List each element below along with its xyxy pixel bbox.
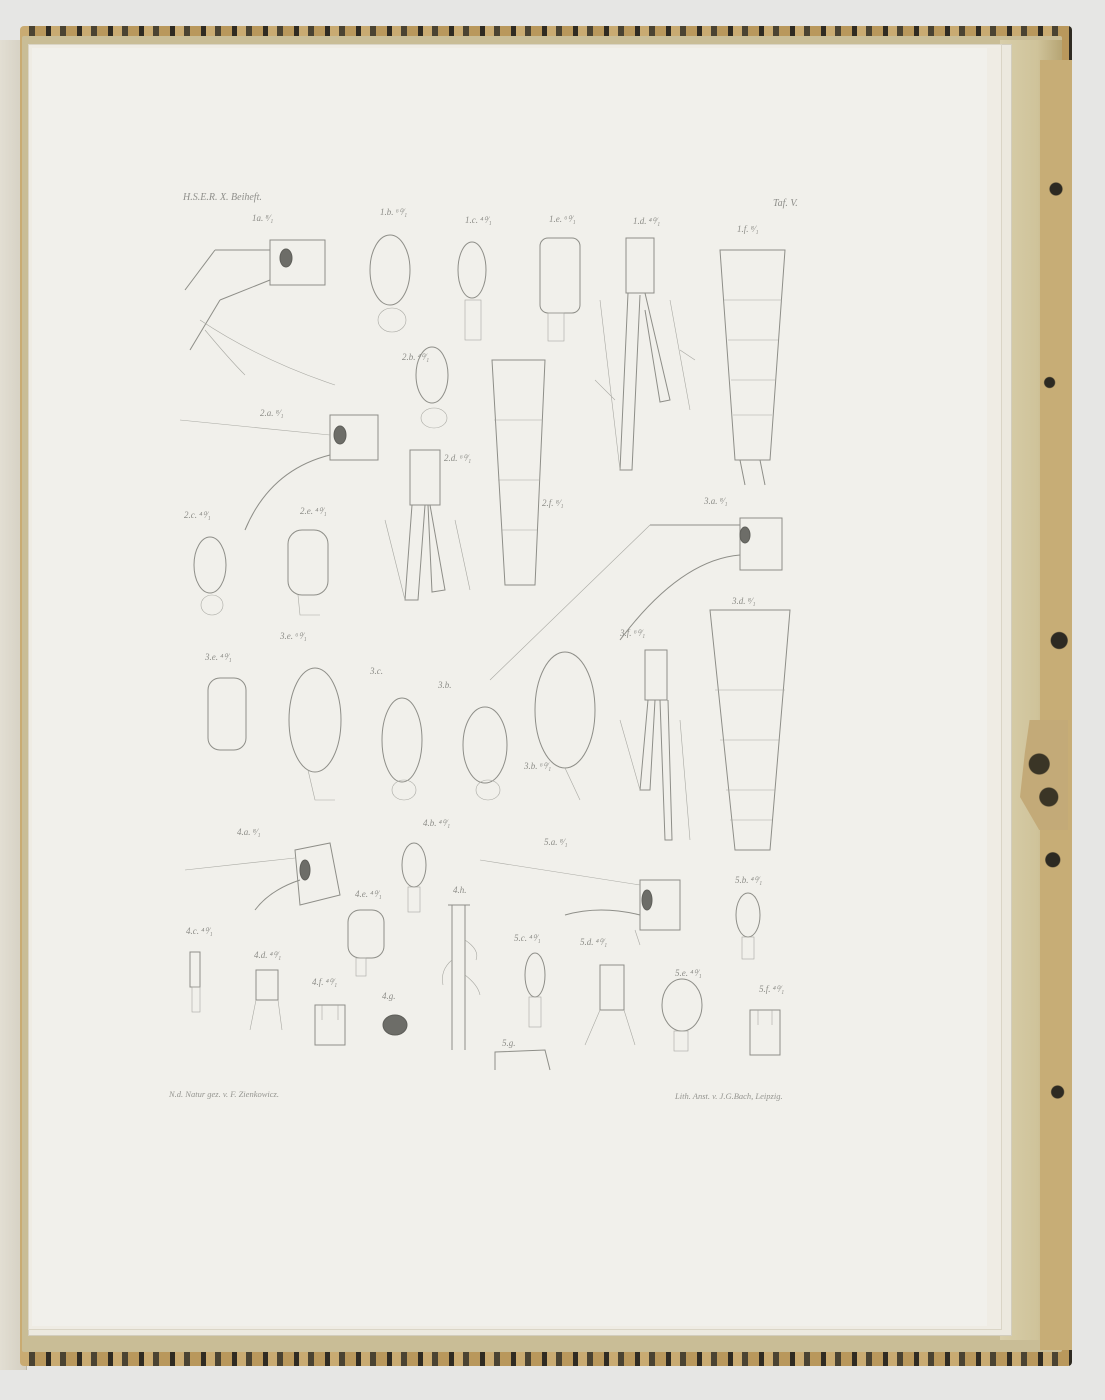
figure-label-1f: 1.f. ⁸⁄₁ — [737, 224, 759, 234]
figure-5b-drawing — [736, 893, 760, 959]
figure-label-4f: 4.f. ⁴⁰⁄₁ — [312, 977, 337, 988]
figure-label-1e: 1.e. ⁶⁰⁄₁ — [549, 214, 576, 225]
specimen-drawings — [32, 48, 987, 1326]
figure-3b-drawing-2 — [535, 652, 595, 800]
figure-4d-drawing — [250, 970, 282, 1030]
figure-label-3b-2: 3.b. ⁶⁰⁄₁ — [524, 761, 551, 772]
figure-3f-drawing — [620, 650, 690, 840]
figure-4c-drawing — [190, 952, 200, 1012]
figure-5e-drawing — [662, 979, 702, 1051]
figure-3c-drawing — [382, 698, 422, 800]
figure-label-4d: 4.d. ⁴⁰⁄₁ — [254, 950, 281, 961]
lithograph-plate: H.S.E.R. X. Beiheft. Taf. V. 1a. ⁸⁄₁ 1.b… — [32, 48, 987, 1326]
figure-1f-drawing — [720, 250, 785, 485]
figure-label-2e: 2.e. ⁴⁰⁄₁ — [300, 506, 327, 517]
figure-label-5g: 5.g. — [502, 1038, 516, 1048]
figure-label-4c: 4.c. ⁴⁰⁄₁ — [186, 926, 213, 937]
figure-label-5a: 5.a. ⁸⁄₁ — [544, 837, 568, 847]
figure-3d-drawing — [710, 610, 790, 850]
figure-label-5e: 5.e. ⁴⁰⁄₁ — [675, 968, 702, 979]
lithographer-credit: Lith. Anst. v. J.G.Bach, Leipzig. — [675, 1091, 783, 1101]
figure-label-1c: 1.c. ⁴⁰⁄₁ — [465, 215, 492, 226]
figure-5a-drawing — [480, 860, 680, 945]
figure-5g-drawing — [495, 1050, 550, 1070]
figure-label-4b: 4.b. ⁴⁰⁄₁ — [423, 818, 450, 829]
figure-3e-drawing-1 — [208, 678, 246, 750]
figure-4e-drawing — [348, 910, 384, 976]
figure-5d-drawing — [585, 965, 635, 1045]
figure-2f-drawing — [492, 360, 545, 585]
figure-1c-drawing — [458, 242, 486, 340]
figure-5c-drawing — [525, 953, 545, 1027]
figure-label-4g: 4.g. — [382, 991, 396, 1001]
figure-4a-drawing — [185, 843, 340, 910]
figure-label-2c: 2.c. ⁴⁰⁄₁ — [184, 510, 211, 521]
plate-series-heading: H.S.E.R. X. Beiheft. — [183, 192, 262, 203]
figure-label-1b: 1.b. ⁶⁰⁄₁ — [380, 207, 407, 218]
artist-credit: N.d. Natur gez. v. F. Zienkowicz. — [169, 1089, 279, 1099]
figure-4b-drawing — [402, 843, 426, 912]
figure-label-3a: 3.a. ⁸⁄₁ — [704, 496, 728, 506]
figure-4h-drawing — [442, 905, 480, 1050]
figure-3e-drawing-2 — [289, 668, 341, 800]
figure-5f-drawing — [750, 1010, 780, 1055]
figure-1b-drawing — [370, 235, 410, 332]
figure-4f-drawing — [315, 1005, 345, 1045]
figure-2d-drawing — [385, 450, 470, 600]
figure-label-5c: 5.c. ⁴⁰⁄₁ — [514, 933, 541, 944]
figure-label-5b: 5.b. ⁴⁰⁄₁ — [735, 875, 762, 886]
figure-label-1a: 1a. ⁸⁄₁ — [252, 213, 273, 223]
figure-label-2b: 2.b. ⁴⁰⁄₁ — [402, 352, 429, 363]
figure-label-3b-1: 3.b. — [438, 680, 452, 690]
figure-1d-drawing — [595, 238, 695, 470]
figure-label-3e-1: 3.e. ⁴⁰⁄₁ — [205, 652, 232, 663]
figure-label-4e: 4.e. ⁴⁰⁄₁ — [355, 889, 382, 900]
figure-label-5d: 5.d. ⁴⁰⁄₁ — [580, 937, 607, 948]
figure-label-4a: 4.a. ⁸⁄₁ — [237, 827, 261, 837]
figure-label-1d: 1.d. ⁴⁰⁄₁ — [633, 216, 660, 227]
figure-2e-drawing — [288, 530, 328, 615]
marbled-edge-right — [1040, 60, 1072, 1350]
figure-label-4h: 4.h. — [453, 885, 467, 895]
plate-number: Taf. V. — [773, 198, 798, 209]
figure-label-3e-2: 3.e. ⁶⁰⁄₁ — [280, 631, 307, 642]
figure-label-2f: 2.f. ⁸⁄₁ — [542, 498, 564, 508]
figure-1e-drawing — [540, 238, 580, 341]
figure-label-3f: 3.f. ⁶⁰⁄₁ — [620, 628, 645, 639]
figure-label-2d: 2.d. ⁶⁰⁄₁ — [444, 453, 471, 464]
figure-1a-drawing — [185, 240, 335, 385]
figure-3b-drawing-1 — [463, 707, 507, 800]
figure-label-3c: 3.c. — [370, 666, 383, 676]
figure-label-5f: 5.f. ⁴⁰⁄₁ — [759, 984, 784, 995]
figure-label-2a: 2.a. ⁸⁄₁ — [260, 408, 284, 418]
figure-2c-drawing — [194, 537, 226, 615]
figure-label-3d: 3.d. ⁸⁄₁ — [732, 596, 756, 606]
figure-4g-drawing — [383, 1015, 407, 1035]
